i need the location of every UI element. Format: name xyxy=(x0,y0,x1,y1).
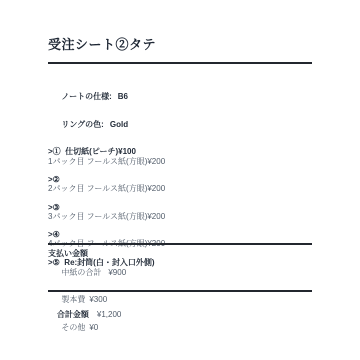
order-item-2-heading: >② xyxy=(48,175,165,184)
divider-total-top xyxy=(48,290,312,292)
divider-top xyxy=(48,62,312,64)
order-item-4: >④ 4パック目 フールス紙(方眼)¥200 xyxy=(48,230,165,248)
spec-label-ring-color: リングの色: xyxy=(61,120,104,129)
order-item-1: >① 仕切紙(ピーチ)¥100 1パック目 フールス紙(方眼)¥200 xyxy=(48,147,165,165)
order-item-2: >② 2パック目 フールス紙(方眼)¥200 xyxy=(48,175,165,193)
payment-value-paper-total: ¥900 xyxy=(108,268,126,277)
page-title: 受注シート②タテ xyxy=(48,34,156,53)
divider-payment-top xyxy=(48,243,312,245)
spec-line-notebook: ノートの仕様:B6 xyxy=(48,83,165,111)
order-item-3: >③ 3パック目 フールス紙(方眼)¥200 xyxy=(48,203,165,221)
payment-row-paper-total: 中紙の合計¥900 xyxy=(48,258,126,286)
total-section: 合計金額¥1,200 xyxy=(48,301,121,329)
total-label: 合計金額 xyxy=(57,310,89,319)
order-details: ノートの仕様:B6 リングの色:Gold >① 仕切紙(ピーチ)¥100 1パッ… xyxy=(48,83,165,267)
order-item-4-heading: >④ xyxy=(48,230,165,239)
spec-value-ring-color: Gold xyxy=(110,120,128,129)
total-value: ¥1,200 xyxy=(97,310,121,319)
spec-value-notebook: B6 xyxy=(118,92,128,101)
payment-title: 支払い金額 xyxy=(48,249,126,258)
order-item-1-detail: 1パック目 フールス紙(方眼)¥200 xyxy=(48,157,165,166)
spec-line-ring-color: リングの色:Gold xyxy=(48,111,165,139)
order-item-3-heading: >③ xyxy=(48,203,165,212)
payment-label-paper-total: 中紙の合計 xyxy=(61,268,101,277)
spec-label-notebook: ノートの仕様: xyxy=(61,92,111,101)
order-item-3-detail: 3パック目 フールス紙(方眼)¥200 xyxy=(48,212,165,221)
order-item-1-heading: >① 仕切紙(ピーチ)¥100 xyxy=(48,147,165,156)
order-sheet-page: 受注シート②タテ ノートの仕様:B6 リングの色:Gold >① 仕切紙(ピーチ… xyxy=(0,0,360,360)
order-item-2-detail: 2パック目 フールス紙(方眼)¥200 xyxy=(48,184,165,193)
